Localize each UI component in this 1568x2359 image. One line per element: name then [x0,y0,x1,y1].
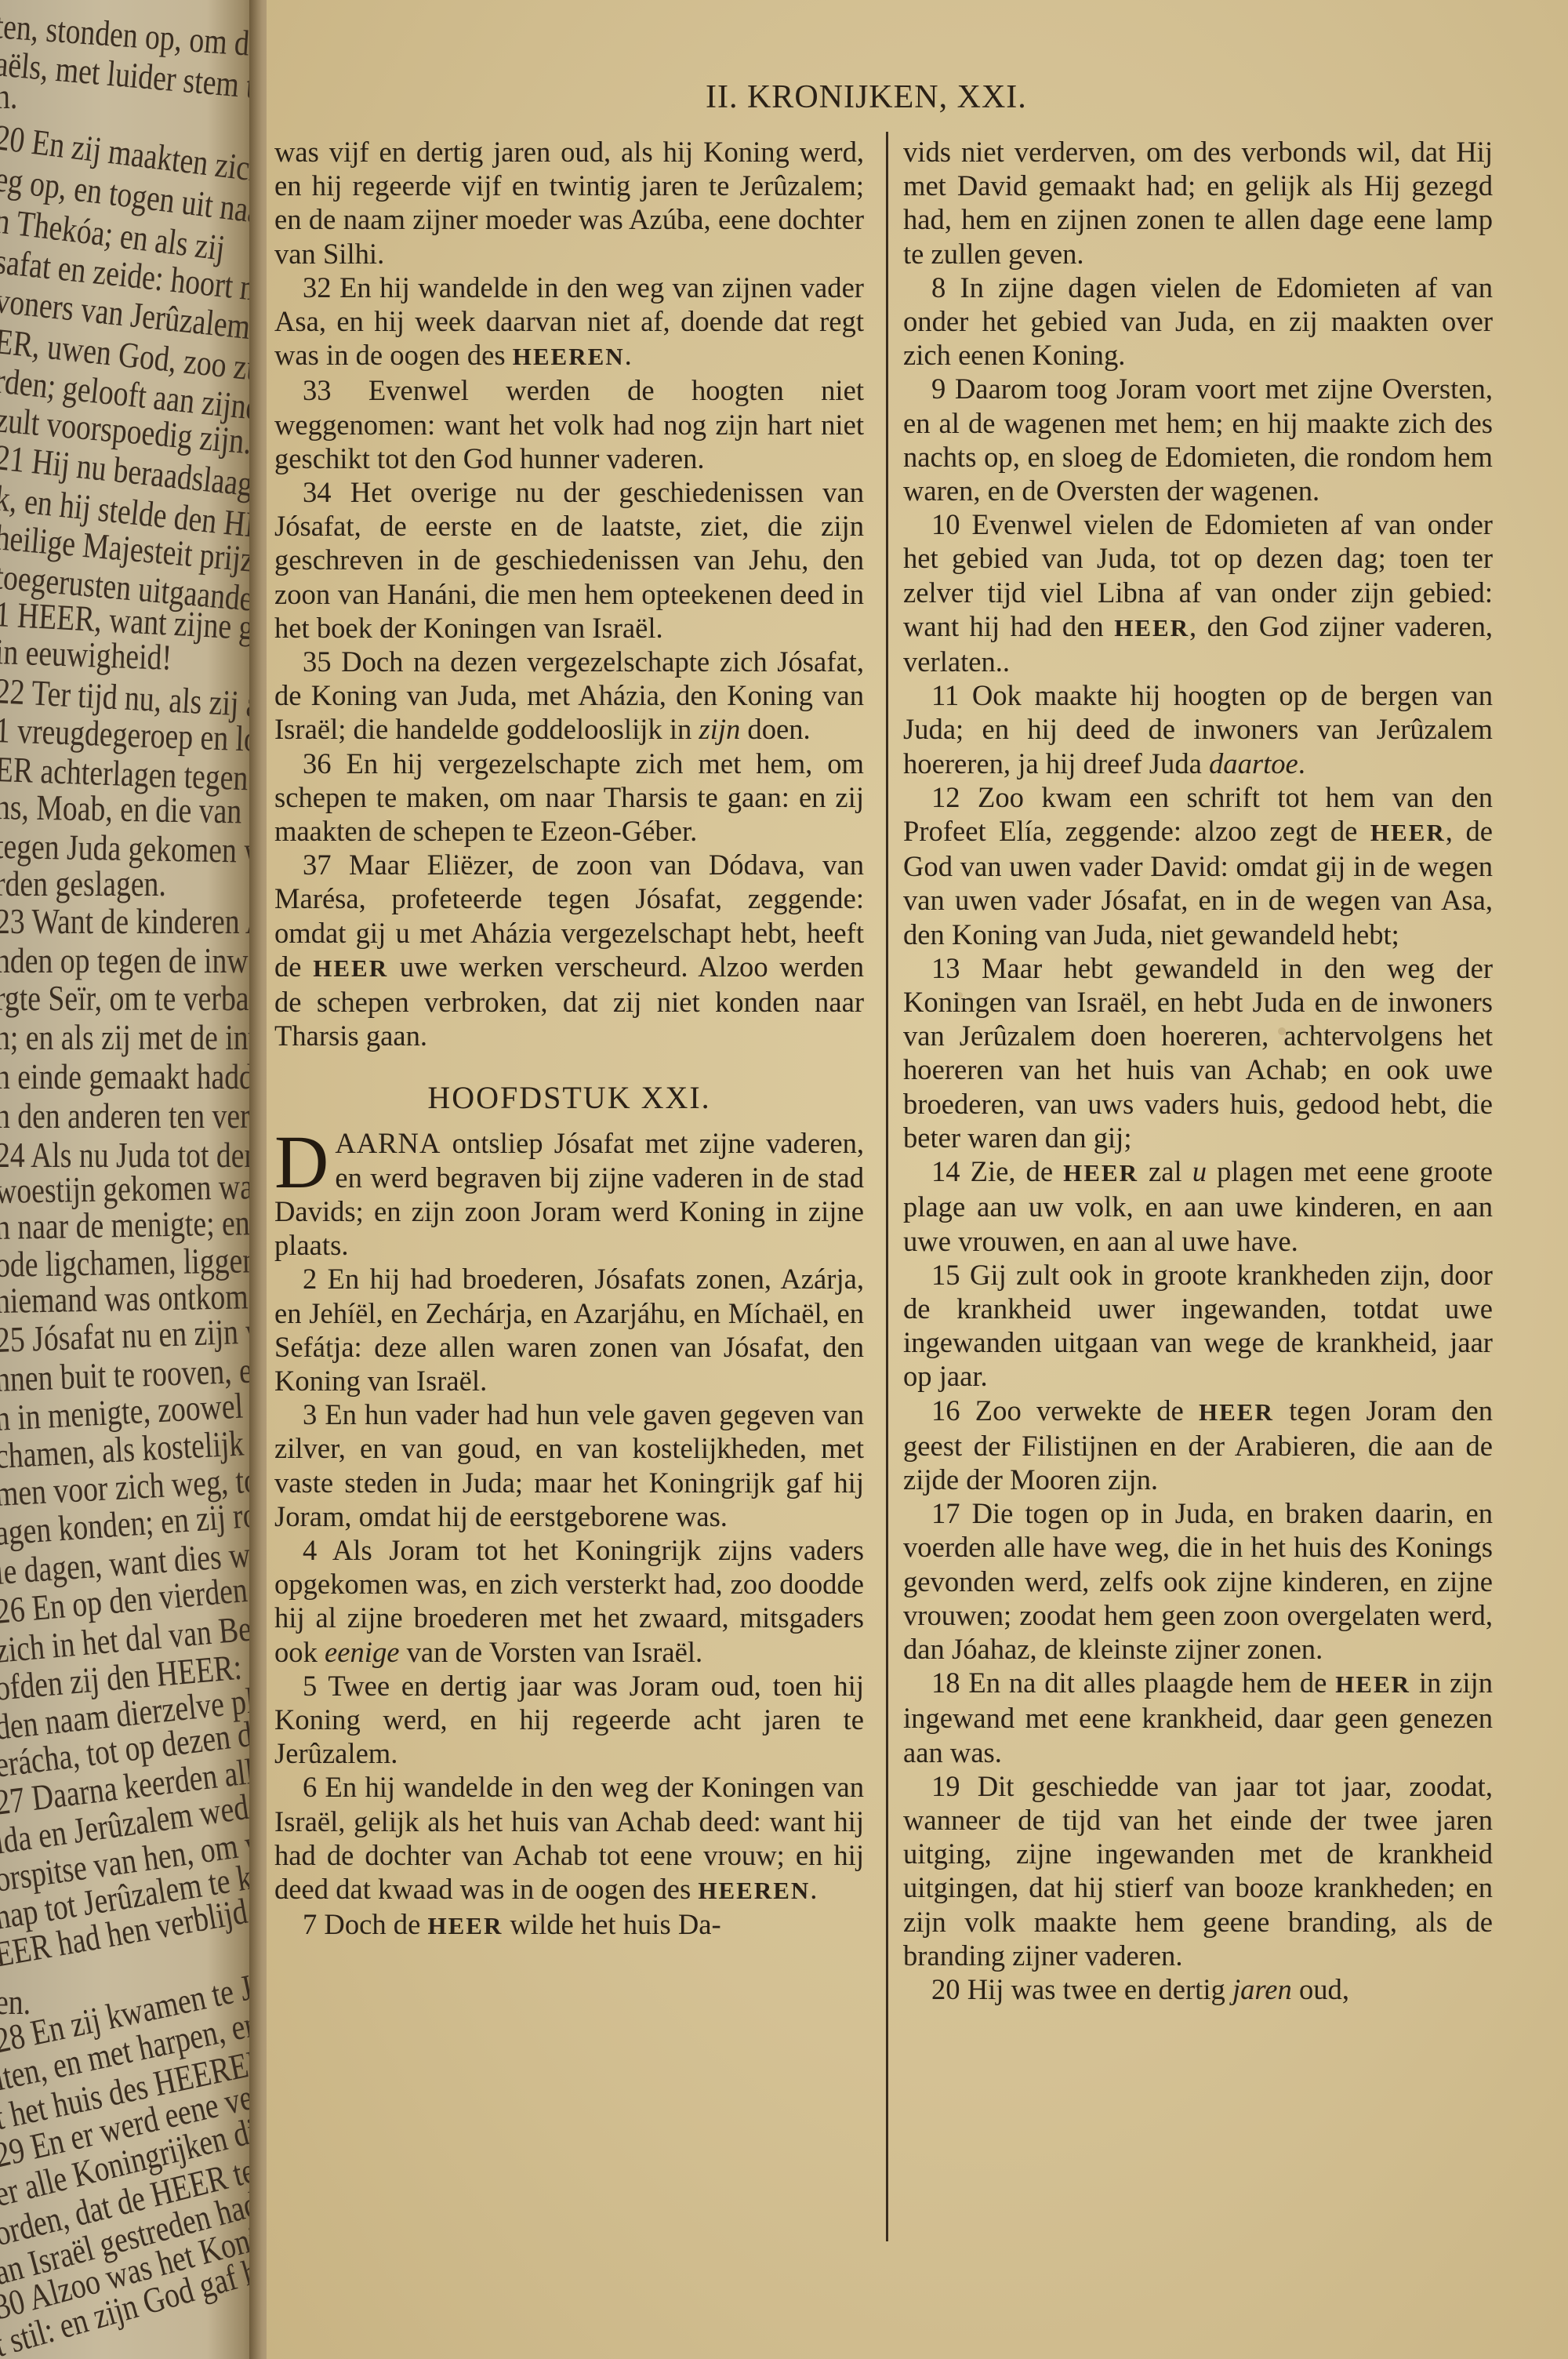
verse-11: 11 Ook maakte hij hoogten op de bergen v… [903,678,1493,780]
verse-3: 3 En hun vader had hun vele gaven gegeve… [274,1398,864,1533]
verse-7: 7 Doch de HEER wilde het huis Da- [274,1907,864,1943]
verse-5: 5 Twee en dertig jaar was Joram oud, toe… [274,1669,864,1771]
left-page-line: n. [0,78,17,114]
verse-16: 16 Zoo verwekte de HEER tegen Joram den … [903,1394,1493,1497]
verse-17: 17 Die togen op in Juda, en braken daari… [903,1496,1493,1666]
left-page-line: h naar de menigte; en ziet, [0,1204,259,1245]
left-page-line: nden op tegen de inwoners [0,943,259,979]
verse-9: 9 Daarom toog Joram voort met zijne Over… [903,372,1493,507]
italic-word: zijn [699,713,740,745]
verse-4: 4 Als Joram tot het Koningrijk zijns vad… [274,1533,864,1669]
divine-name: HEER [1063,1159,1138,1187]
verse-35: 35 Doch na dezen vergezelschapte zich Jó… [274,645,864,747]
italic-word: eenige [325,1636,399,1668]
divine-name: HEER [1114,614,1189,642]
verse-32: 32 En hij wandelde in den weg van zijnen… [274,271,864,374]
right-page: II. KRONIJKEN, XXI. was vijf en dertig j… [267,0,1568,2359]
left-page-line: in eeuwigheid! [0,634,172,676]
verse-15: 15 Gij zult ook in groote krankheden zij… [903,1258,1493,1394]
verse-37: 37 Maar Eliëzer, de zoon van Dódava, van… [274,848,864,1052]
left-page-curled: ten, stonden op, om denaëls, met luider … [0,0,259,2359]
left-page-line: ns, Moab, en die van het ge [0,789,259,831]
verse-12: 12 Zoo kwam een schrift tot hem van den … [903,780,1493,951]
verse-20: 20 Hij was twee en dertig jaren oud, [903,1972,1493,2006]
running-head: II. KRONIJKEN, XXI. [706,78,1027,116]
text-column-left: was vijf en dertig jaren oud, als hij Ko… [274,135,864,1943]
verse-1: DAARNA ontsliep Jósafat met zijne vadere… [274,1126,864,1262]
left-page-line: n den anderen ten verderve. [0,1098,259,1134]
verse-8: 8 In zijne dagen vielen de Edomieten af … [903,271,1493,373]
divine-name: HEEREN [513,343,625,370]
column-divider-rule [886,132,888,2241]
left-page-line: 23 Want de kinderen Ammon [0,903,259,940]
italic-word: daartoe [1209,747,1298,780]
verse-33: 33 Evenwel werden de hoogten niet weggen… [274,373,864,475]
left-page-line: n; en als zij met de inwoners [0,1020,259,1056]
drop-cap: D [274,1131,328,1194]
left-page-line: rgte Seïr, om te verbannen en [0,980,259,1016]
divine-name: HEER [1199,1398,1274,1426]
divine-name: HEER [313,954,388,982]
divine-name: HEER [1370,819,1446,846]
left-page-line: rden geslagen. [0,866,166,902]
verse-6: 6 En hij wandelde in den weg der Koninge… [274,1770,864,1907]
verse-34: 34 Het overige nu der geschiedenissen va… [274,475,864,645]
verse-14: 14 Zie, de HEER zal u plagen met eene gr… [903,1154,1493,1258]
verse-18: 18 En na dit alles plaagde hem de HEER i… [903,1666,1493,1769]
verse-13: 13 Maar hebt gewandeld in den weg der Ko… [903,951,1493,1154]
chapter-heading: HOOFDSTUK XXI. [274,1079,864,1117]
verse-19: 19 Dit geschiedde van jaar tot jaar, zoo… [903,1769,1493,1972]
verse-2: 2 En hij had broederen, Jósafats zonen, … [274,1262,864,1398]
divine-name: HEER [427,1912,503,1939]
verse-36: 36 En hij vergezelschapte zich met hem, … [274,747,864,849]
italic-word: jaren [1232,1973,1292,2005]
continuation-paragraph: vids niet verderven, om des verbonds wil… [903,135,1493,271]
text-column-right: vids niet verderven, om des verbonds wil… [903,135,1493,2006]
verse-10: 10 Evenwel vielen de Edomieten af van on… [903,507,1493,678]
italic-word: u [1192,1155,1207,1187]
left-page-line: n einde gemaakt hadden, hie [0,1059,259,1095]
continuation-paragraph: was vijf en dertig jaren oud, als hij Ko… [274,135,864,271]
divine-name: HEEREN [698,1877,810,1904]
divine-name: HEER [1335,1670,1410,1698]
